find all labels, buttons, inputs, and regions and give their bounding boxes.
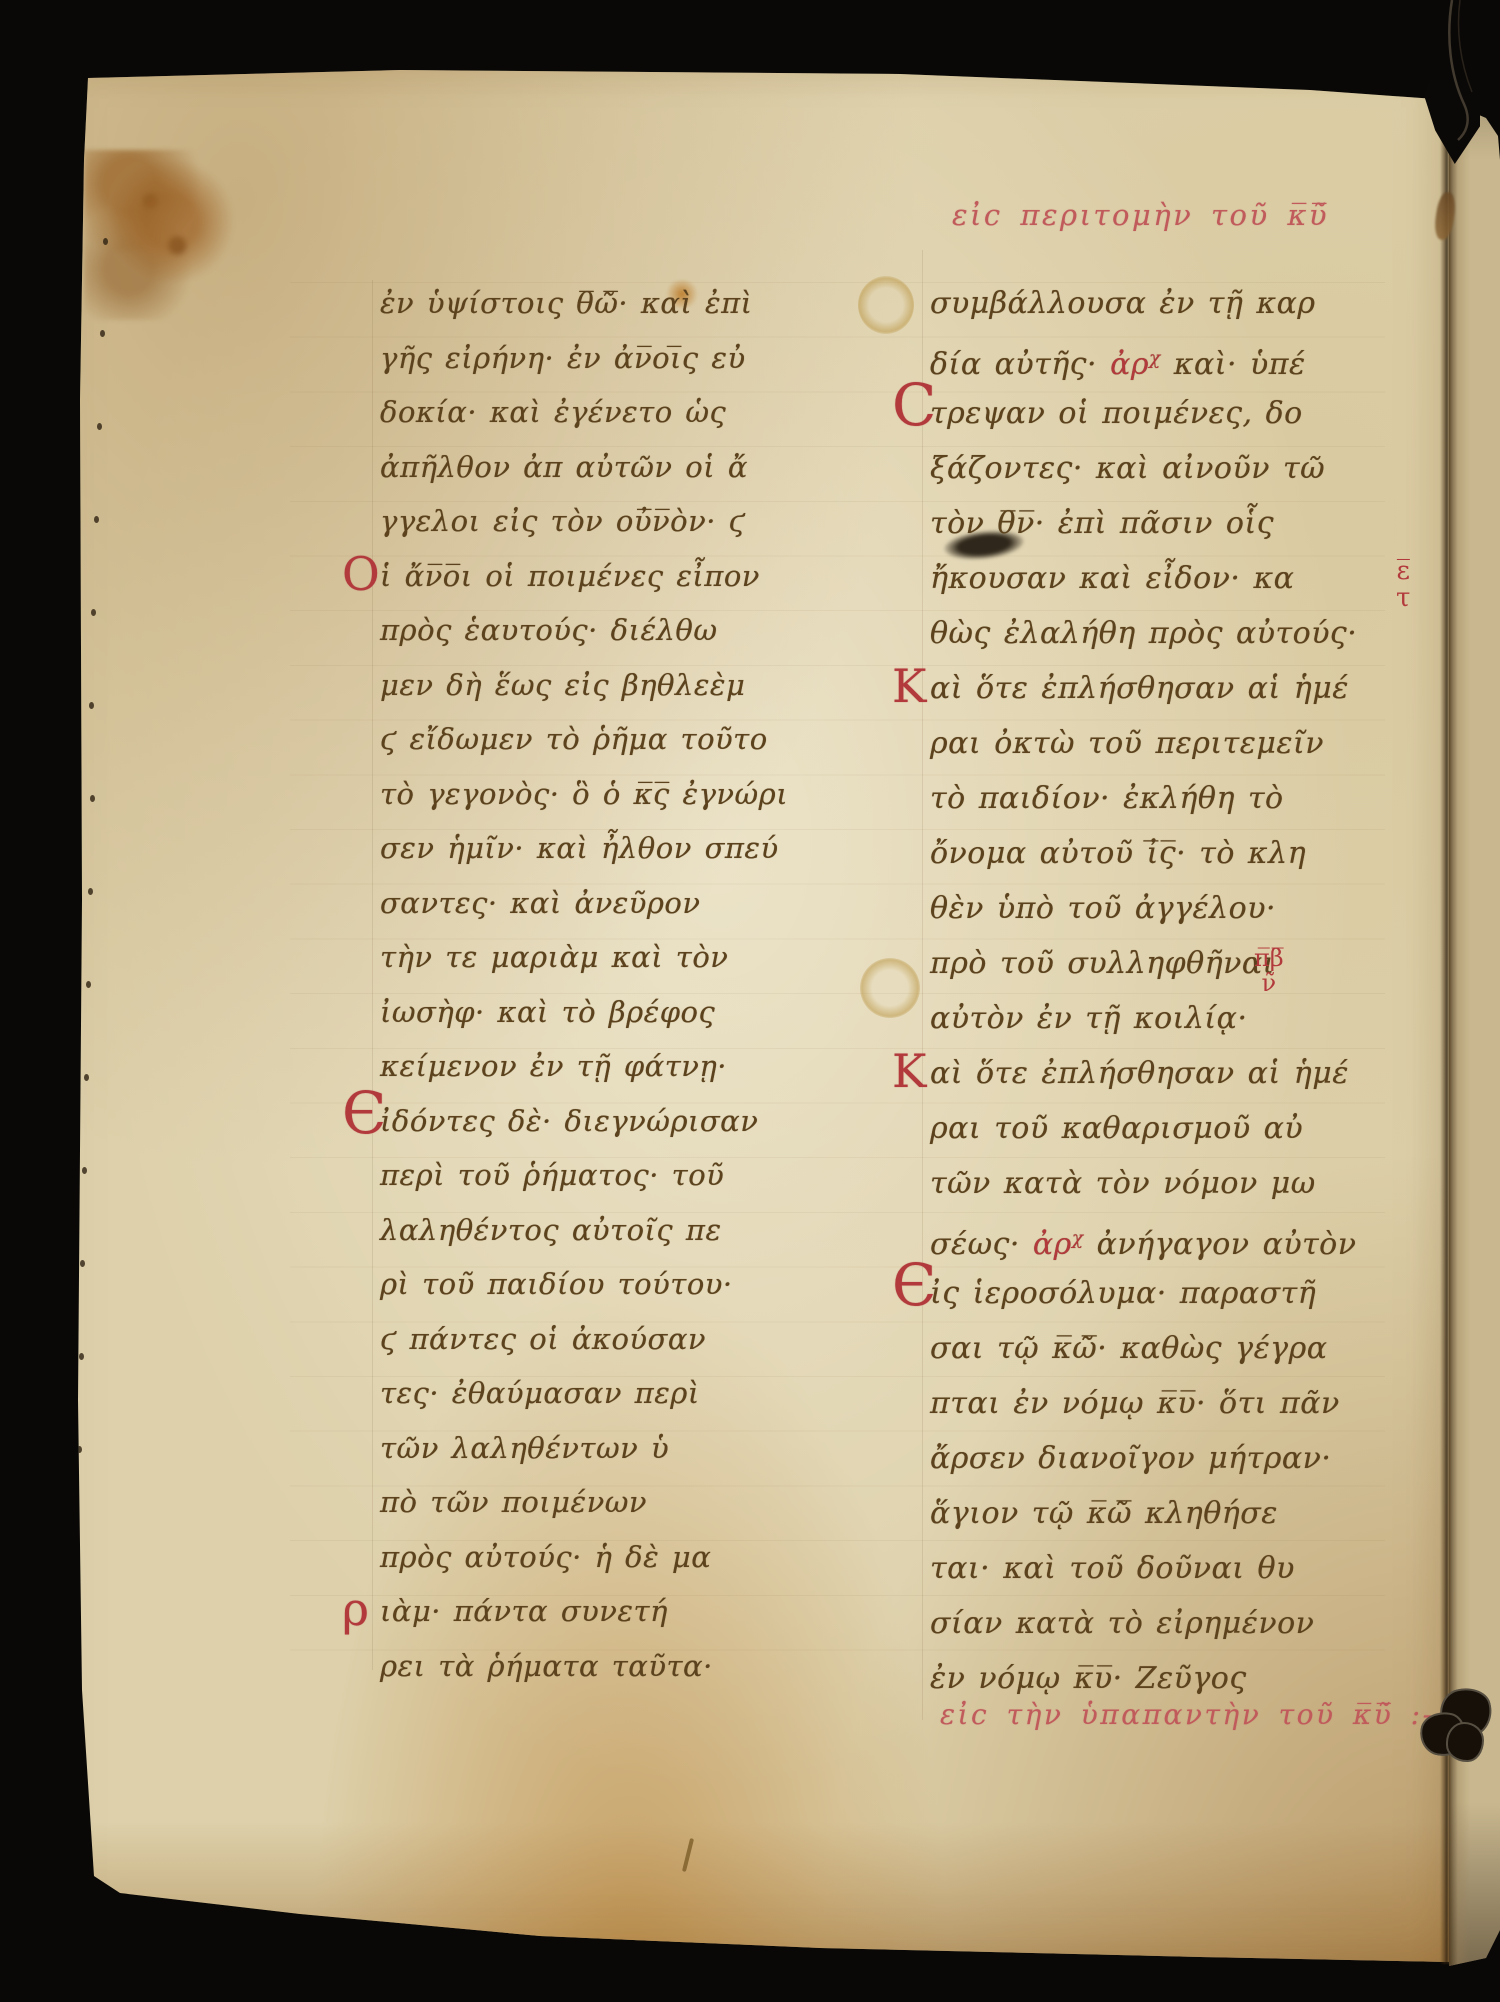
body-text: ἀνήγαγον αὐτὸν	[1084, 1227, 1357, 1262]
body-text: τὴν τε μαριὰμ καὶ τὸν	[380, 940, 728, 974]
text-line: ρει τὰ ῥήματα ταῦτα·	[380, 1639, 788, 1694]
body-text: ιὰμ· πάντα συνετή	[380, 1594, 668, 1628]
body-text: ὄνομα αὐτοῦ ἰ̅ς̅· τὸ κλη	[930, 836, 1306, 871]
body-text: ἰδόντες δὲ· διεγνώρισαν	[380, 1104, 758, 1138]
text-line: κείμενον ἐν τῇ φάτνῃ·	[380, 1039, 788, 1094]
text-line: ἅγιον τῷ κ̅ῶ̅ κληθήσε	[930, 1486, 1357, 1541]
body-text: ραι ὀκτὼ τοῦ περιτεμεῖν	[930, 726, 1324, 761]
pricking-dot	[90, 795, 95, 802]
text-line: ἄρσεν διανοῖγον μήτραν·	[930, 1431, 1357, 1486]
body-text: ἀπῆλθον ἀπ αὐτῶν οἱ ἄ	[380, 450, 748, 484]
text-line: ϛ πάντες οἱ ἀκούσαν	[380, 1312, 788, 1367]
text-line: θὼς ἐλαλήθη πρὸς αὐτούς·	[930, 606, 1357, 661]
section-bottom: ν̃	[1262, 971, 1277, 996]
body-text: πρὸ τοῦ συλληφθῆναι	[930, 946, 1275, 981]
text-line: Ϲτρεψαν οἱ ποιμένες, δο	[930, 386, 1357, 441]
margin-mark-section-number: π̅β̅ ν̃	[1254, 946, 1284, 996]
body-text: σαντες· καὶ ἀνεῦρον	[380, 886, 701, 920]
text-line: σίαν κατὰ τὸ εἰρημένον	[930, 1596, 1357, 1651]
body-text: θὲν ὑπὸ τοῦ ἀγγέλου·	[930, 891, 1276, 926]
body-text: σίαν κατὰ τὸ εἰρημένον	[930, 1606, 1314, 1641]
text-line: ἤκουσαν καὶ εἶδον· κα	[930, 551, 1357, 606]
body-text: πται ἐν νόμῳ κ̅υ̅· ὅτι πᾶν	[930, 1386, 1340, 1421]
rubric-initial: Κ	[892, 1044, 927, 1098]
text-line: δία αὐτῆς· ἀρχ καὶ· ὑπέ	[930, 331, 1357, 386]
body-text: ἐν ὑψίστοις θ̅ῶ̅· καὶ ἐπὶ	[380, 286, 753, 320]
text-line: συμβάλλουσα ἐν τῇ καρ	[930, 276, 1357, 331]
text-line: τὸ γεγονὸς· ὃ ὁ κ̅ς̅ ἐγνώρι	[380, 767, 788, 822]
rubric-footer-hypapante: εἰϲ τὴν ὑπαπαντὴν τοῦ κ̅ῦ̅ :-	[940, 1698, 1435, 1731]
ring-stain-middle	[860, 958, 920, 1018]
pricking-dot	[89, 702, 94, 709]
text-line: ϛ εἴδωμεν τὸ ῥῆμα τοῦτο	[380, 712, 788, 767]
body-text: κείμενον ἐν τῇ φάτνῃ·	[380, 1049, 727, 1083]
text-line: σαι τῷ κ̅ῶ̅· καθὼς γέγρα	[930, 1321, 1357, 1376]
text-line: Єἰς ἱεροσόλυμα· παραστῆ	[930, 1266, 1357, 1321]
rubric-initial: Є	[892, 1258, 937, 1312]
rubric-inline-text: ἀρ	[1110, 347, 1149, 382]
text-line: θὲν ὑπὸ τοῦ ἀγγέλου·	[930, 881, 1357, 936]
body-text: αὶ ὅτε ἐπλήσθησαν αἱ ἡμέ	[930, 1056, 1349, 1091]
text-line: ὄνομα αὐτοῦ ἰ̅ς̅· τὸ κλη	[930, 826, 1357, 881]
pricking-dot	[91, 609, 96, 616]
body-text: ἰωσὴφ· καὶ τὸ βρέφος	[380, 995, 715, 1029]
body-text: σεν ἡμῖν· καὶ ἦλθον σπεύ	[380, 831, 779, 865]
body-text: δοκία· καὶ ἐγένετο ὡς	[380, 395, 726, 429]
margin-mark-telos: ε̅ τ	[1396, 558, 1410, 613]
text-line: πὸ τῶν ποιμένων	[380, 1475, 788, 1530]
body-text: λαληθέντος αὐτοῖς πε	[380, 1213, 722, 1247]
text-line: σεν ἡμῖν· καὶ ἦλθον σπεύ	[380, 821, 788, 876]
text-line: πρὸ τοῦ συλληφθῆναι	[930, 936, 1357, 991]
body-text: γῆς εἰρήνη· ἐν ἀν̅οι̅ς εὐ	[380, 341, 746, 375]
left-text-column: ἐν ὑψίστοις θ̅ῶ̅· καὶ ἐπὶγῆς εἰρήνη· ἐν …	[380, 276, 788, 1693]
text-line: πται ἐν νόμῳ κ̅υ̅· ὅτι πᾶν	[930, 1376, 1357, 1431]
right-text-column: συμβάλλουσα ἐν τῇ καρδία αὐτῆς· ἀρχ καὶ·…	[930, 276, 1357, 1706]
pricking-dot	[86, 981, 91, 988]
text-line: δοκία· καὶ ἐγένετο ὡς	[380, 385, 788, 440]
pricking-dot	[79, 1353, 84, 1360]
gutter-shadow	[1440, 96, 1452, 1964]
body-text: μεν δὴ ἕως εἰς βηθλεὲμ	[380, 668, 745, 702]
body-text: πὸ τῶν ποιμένων	[380, 1485, 647, 1519]
text-line: σαντες· καὶ ἀνεῦρον	[380, 876, 788, 931]
text-line: Єἰδόντες δὲ· διεγνώρισαν	[380, 1094, 788, 1149]
rubric-heading-circumcision: εἰϲ περιτομὴν τοῦ κ̅ῦ̅	[952, 198, 1329, 232]
text-line: ρὶ τοῦ παιδίου τούτου·	[380, 1257, 788, 1312]
body-text: ϛ πάντες οἱ ἀκούσαν	[380, 1322, 706, 1356]
body-text: περὶ τοῦ ῥήματος· τοῦ	[380, 1158, 724, 1192]
body-text: θὼς ἐλαλήθη πρὸς αὐτούς·	[930, 616, 1357, 651]
pricking-dot	[82, 1167, 87, 1174]
body-text: σέως·	[930, 1227, 1033, 1262]
text-line: τῶν κατὰ τὸν νόμον μω	[930, 1156, 1357, 1211]
body-text: ρὶ τοῦ παιδίου τούτου·	[380, 1267, 733, 1301]
body-text: πρὸς αὐτούς· ἡ δὲ μα	[380, 1540, 711, 1574]
stain-top-left	[84, 150, 234, 320]
pen-slash-mark	[682, 1838, 694, 1872]
body-text: ἅγιον τῷ κ̅ῶ̅ κληθήσε	[930, 1496, 1278, 1531]
text-line: ραι ὀκτὼ τοῦ περιτεμεῖν	[930, 716, 1357, 771]
text-line: ξάζοντες· καὶ αἰνοῦν τῶ	[930, 441, 1357, 496]
body-text: ται· καὶ τοῦ δοῦναι θυ	[930, 1551, 1295, 1586]
text-line: αὐτὸν ἐν τῇ κοιλίᾳ·	[930, 991, 1357, 1046]
body-text: ἰς ἱεροσόλυμα· παραστῆ	[930, 1276, 1316, 1311]
text-line: περὶ τοῦ ῥήματος· τοῦ	[380, 1148, 788, 1203]
pricking-dot	[84, 1074, 89, 1081]
body-text: γγελοι εἰς τὸν οὐ̅ν̅ὸν· ϛ	[380, 504, 745, 538]
body-text: καὶ· ὑπέ	[1161, 347, 1306, 382]
text-line: Καὶ ὅτε ἐπλήσθησαν αἱ ἡμέ	[930, 661, 1357, 716]
text-block-rule-left	[372, 280, 373, 1670]
text-line: Καὶ ὅτε ἐπλήσθησαν αἱ ἡμέ	[930, 1046, 1357, 1101]
section-top: π̅β̅	[1254, 946, 1284, 971]
text-line: ραι τοῦ καθαρισμοῦ αὐ	[930, 1101, 1357, 1156]
text-line: ἰωσὴφ· καὶ τὸ βρέφος	[380, 985, 788, 1040]
body-text: τες· ἐθαύμασαν περὶ	[380, 1376, 700, 1410]
text-line: ται· καὶ τοῦ δοῦναι θυ	[930, 1541, 1357, 1596]
text-line: τὸ παιδίον· ἐκλήθη τὸ	[930, 771, 1357, 826]
manuscript-photo: εἰϲ περιτομὴν τοῦ κ̅ῦ̅ ἐν ὑψίστοις θ̅ῶ̅·…	[0, 0, 1500, 2002]
body-text: τῶν λαληθέντων ὑ	[380, 1431, 669, 1465]
pricking-dot	[103, 238, 108, 245]
pricking-dot	[77, 1446, 82, 1453]
pricking-dot	[88, 888, 93, 895]
body-text: τὸν θ̅ν̅· ἐπὶ πᾶσιν οἷς	[930, 506, 1274, 541]
text-block-rule-right	[922, 250, 923, 1720]
body-text: ἄρσεν διανοῖγον μήτραν·	[930, 1441, 1331, 1476]
text-line: ριὰμ· πάντα συνετή	[380, 1584, 788, 1639]
telos-bottom: τ	[1396, 585, 1410, 612]
body-text: σαι τῷ κ̅ῶ̅· καθὼς γέγρα	[930, 1331, 1328, 1366]
rubric-inline-text: χ	[1072, 1228, 1084, 1249]
text-line: πρὸς αὐτούς· ἡ δὲ μα	[380, 1530, 788, 1585]
body-text: συμβάλλουσα ἐν τῇ καρ	[930, 286, 1315, 321]
text-line: τῶν λαληθέντων ὑ	[380, 1421, 788, 1476]
body-text: αὐτὸν ἐν τῇ κοιλίᾳ·	[930, 1001, 1247, 1036]
body-text: ἤκουσαν καὶ εἶδον· κα	[930, 561, 1294, 596]
rubric-initial: ρ	[342, 1582, 370, 1636]
text-line: μεν δὴ ἕως εἰς βηθλεὲμ	[380, 658, 788, 713]
page-edge-hole	[1446, 1722, 1484, 1762]
text-line: τες· ἐθαύμασαν περὶ	[380, 1366, 788, 1421]
text-line: πρὸς ἑαυτούς· διέλθω	[380, 603, 788, 658]
rubric-initial: Ϲ	[892, 378, 937, 432]
text-line: λαληθέντος αὐτοῖς πε	[380, 1203, 788, 1258]
pricking-dot	[100, 330, 105, 337]
body-text: τὸ γεγονὸς· ὃ ὁ κ̅ς̅ ἐγνώρι	[380, 777, 788, 811]
pricking-dot	[80, 1260, 85, 1267]
body-text: ἐν νόμῳ κ̅υ̅· Ζεῦγος	[930, 1661, 1247, 1696]
pricking-dot	[94, 516, 99, 523]
bookmark-thread	[1400, 0, 1500, 170]
rubric-inline-text: ἀρ	[1033, 1227, 1072, 1262]
body-text: τῶν κατὰ τὸν νόμον μω	[930, 1166, 1316, 1201]
telos-top: ε̅	[1396, 558, 1409, 585]
text-line: τὸν θ̅ν̅· ἐπὶ πᾶσιν οἷς	[930, 496, 1357, 551]
body-text: δία αὐτῆς·	[930, 347, 1110, 382]
parchment-page: εἰϲ περιτομὴν τοῦ κ̅ῦ̅ ἐν ὑψίστοις θ̅ῶ̅·…	[0, 0, 1500, 2002]
body-text: πρὸς ἑαυτούς· διέλθω	[380, 613, 718, 647]
text-line: τὴν τε μαριὰμ καὶ τὸν	[380, 930, 788, 985]
body-text: ρει τὰ ῥήματα ταῦτα·	[380, 1649, 713, 1683]
text-line: γῆς εἰρήνη· ἐν ἀν̅οι̅ς εὐ	[380, 331, 788, 386]
text-line: ἐν ὑψίστοις θ̅ῶ̅· καὶ ἐπὶ	[380, 276, 788, 331]
pricking-dot	[97, 423, 102, 430]
rubric-initial: Κ	[892, 659, 927, 713]
text-line: σέως· ἀρχ ἀνήγαγον αὐτὸν	[930, 1211, 1357, 1266]
text-line: Οἱ ἄν̅ο̅ι οἱ ποιμένες εἶπον	[380, 549, 788, 604]
rubric-initial: Є	[342, 1086, 387, 1140]
rubric-initial: Ο	[342, 547, 380, 601]
body-text: ραι τοῦ καθαρισμοῦ αὐ	[930, 1111, 1303, 1146]
body-text: τὸ παιδίον· ἐκλήθη τὸ	[930, 781, 1284, 816]
body-text: τρεψαν οἱ ποιμένες, δο	[930, 396, 1303, 431]
text-line: ἀπῆλθον ἀπ αὐτῶν οἱ ἄ	[380, 440, 788, 495]
ring-stain-top	[858, 276, 914, 334]
text-line: γγελοι εἰς τὸν οὐ̅ν̅ὸν· ϛ	[380, 494, 788, 549]
body-text: ἱ ἄν̅ο̅ι οἱ ποιμένες εἶπον	[380, 559, 760, 593]
rubric-inline-text: χ	[1149, 348, 1161, 369]
body-text: ξάζοντες· καὶ αἰνοῦν τῶ	[930, 451, 1325, 486]
body-text: ϛ εἴδωμεν τὸ ῥῆμα τοῦτο	[380, 722, 768, 756]
body-text: αὶ ὅτε ἐπλήσθησαν αἱ ἡμέ	[930, 671, 1349, 706]
